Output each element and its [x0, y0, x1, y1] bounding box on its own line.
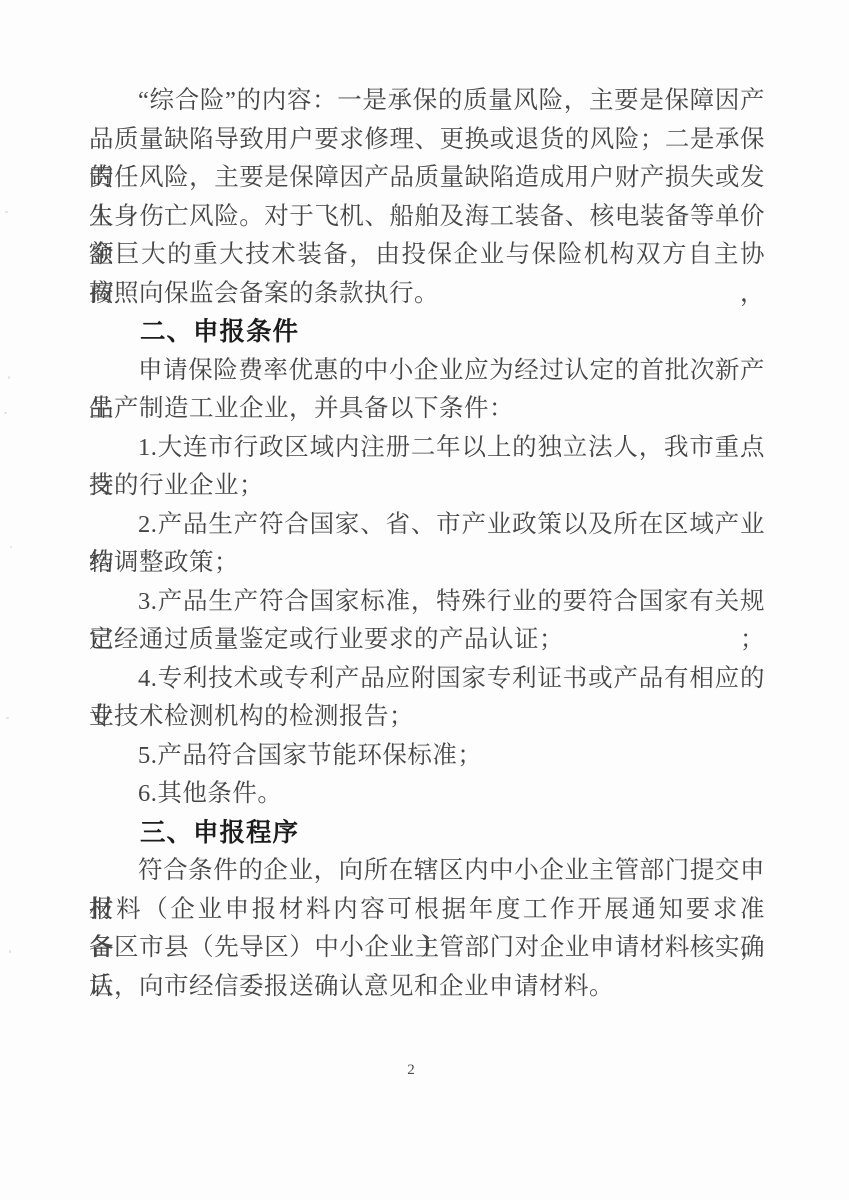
scan-speck — [6, 717, 9, 719]
text-line: 持的行业企业； — [89, 467, 765, 506]
text-line: 2.产品生产符合国家、省、市产业政策以及所在区域产业结 — [89, 506, 765, 545]
text-line: 材料（企业申报材料内容可根据年度工作开展通知要求准备）， — [89, 891, 765, 930]
page-number: 2 — [0, 1062, 822, 1079]
text-line: 业技术检测机构的检测报告； — [89, 698, 765, 737]
text-line: 4.专利技术或专利产品应附国家专利证书或产品有相应的专 — [89, 660, 765, 699]
scan-speck — [8, 376, 10, 379]
document-body: “综合险”的内容：一是承保的质量风险，主要是保障因产品质量缺陷导致用户要求修理、… — [89, 82, 765, 1006]
text-line: “综合险”的内容：一是承保的质量风险，主要是保障因产 — [89, 82, 765, 121]
scan-speck — [140, 91, 142, 93]
text-line: 6.其他条件。 — [89, 775, 765, 814]
text-line: 生产制造工业企业，并具备以下条件： — [89, 390, 765, 429]
scan-speck — [9, 950, 11, 953]
scan-speck — [5, 211, 8, 213]
text-line: 3.产品生产符合国家标准，特殊行业的要符合国家有关规定； — [89, 583, 765, 622]
text-line: 构调整政策； — [89, 544, 765, 583]
text-line: 1.大连市行政区域内注册二年以上的独立法人，我市重点支 — [89, 429, 765, 468]
scan-speck — [10, 546, 12, 548]
text-line: 各区市县（先导区）中小企业主管部门对企业申请材料核实确认 — [89, 929, 765, 968]
section-heading: 二、申报条件 — [89, 313, 765, 352]
text-line: 5.产品符合国家节能环保标准； — [89, 737, 765, 776]
text-line: 人身伤亡风险。对于飞机、船舶及海工装备、核电装备等单价金 — [89, 198, 765, 237]
text-line: 符合条件的企业，向所在辖区内中小企业主管部门提交申报 — [89, 852, 765, 891]
text-line: 后，向市经信委报送确认意见和企业申请材料。 — [89, 968, 765, 1007]
text-line: 额巨大的重大技术装备，由投保企业与保险机构双方自主协商， — [89, 236, 765, 275]
section-heading: 三、申报程序 — [89, 814, 765, 853]
scanned-document-page: “综合险”的内容：一是承保的质量风险，主要是保障因产品质量缺陷导致用户要求修理、… — [0, 0, 849, 1200]
text-line: 责任风险，主要是保障因产品质量缺陷造成用户财产损失或发生 — [89, 159, 765, 198]
text-line: 品质量缺陷导致用户要求修理、更换或退货的风险；二是承保的 — [89, 121, 765, 160]
text-line: 申请保险费率优惠的中小企业应为经过认定的首批次新产品 — [89, 352, 765, 391]
scan-speck — [4, 412, 7, 414]
